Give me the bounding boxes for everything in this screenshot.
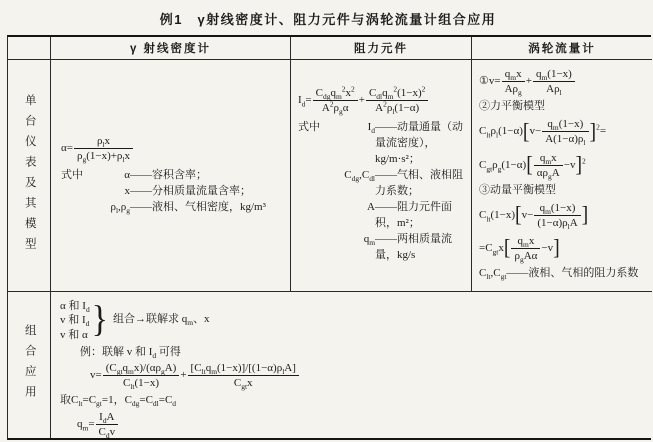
assumption-line: 取Clt=Cgt=1，Cdg=Cdl=Cd (60, 393, 648, 407)
momentum-balance-model-label: ③动量平衡模型 (479, 184, 650, 197)
combination-result: 组合→联解求 qm、x (113, 313, 210, 326)
grouping-brace: } (92, 304, 108, 338)
pair-alpha-Id: α 和 Id (60, 299, 90, 313)
definition: ——分相质量流量含率； (130, 184, 286, 200)
turbine-coefficients-definition: Clt,Cgt——液相、气相的阻力系数 (479, 267, 650, 280)
definition-row: A ——阻力元件面积，m²； (298, 200, 468, 232)
application-table: γ 射线密度计 阻力元件 涡轮流量计 单台仪表及其模型 α=ρlxρg(1−x)… (7, 35, 651, 440)
row-label-combined-application: 组合应用 (8, 292, 50, 438)
example-line: 例：联解 v 和 Id 可得 (80, 346, 648, 359)
scanned-page: 例1 γ射线密度计、阻力元件与涡轮流量计组合应用 γ 射线密度计 阻力元件 涡轮… (0, 0, 653, 442)
symbol: x (88, 184, 130, 200)
alpha-formula: α=ρlxρg(1−x)+ρlx (61, 135, 286, 162)
definition-row: x ——分相质量流量含率； (61, 184, 286, 200)
page-title: 例1 γ射线密度计、阻力元件与涡轮流量计组合应用 (5, 5, 651, 35)
header-corner-cell (8, 37, 50, 60)
definition-row: ρl,ρg ——液相、气相密度，kg/m³ (61, 200, 286, 216)
symbol: α (88, 168, 130, 184)
velocity-formula: ①v=qmxAρg+qm(1−x)Aρl (479, 68, 650, 95)
gamma-densitometer-cell: α=ρlxρg(1−x)+ρlx 式中 α ——容积含率； x ——分相质量流量… (50, 60, 290, 292)
force-balance-eq-right: Cgtρg(1−α)[qmxαρgA−v]2 (479, 152, 650, 179)
definition-row: qm ——两相质量流量，kg/s (298, 232, 468, 264)
symbol: A (325, 200, 375, 216)
symbol: Cdg,Cdl (325, 168, 375, 184)
pair-v-alpha: v 和 α (60, 328, 90, 342)
force-balance-eq-left: Cltρl(1−α)[v−qm(1−x)A(1−α)ρl]2= (479, 118, 650, 145)
header-gamma-densitometer: γ 射线密度计 (50, 37, 290, 60)
momentum-flux-formula: Id=Cdgqm2x2A2ρgα+Cdlqm2(1−x)2A2ρl(1−α) (298, 87, 468, 114)
mass-flow-formula: qm=IdACdv (77, 411, 648, 438)
combined-application-cell: α 和 Id v 和 Id v 和 α } 组合→联解求 qm、x 例：联解 v… (50, 292, 652, 438)
definition: ——动量通量（动量流密度），kg/m·s²； (375, 120, 468, 168)
symbol: qm (325, 232, 375, 248)
force-balance-model-label: ②力平衡模型 (479, 100, 650, 113)
definition-row: 式中 α ——容积含率； (61, 168, 286, 184)
where-label: 式中 (298, 120, 325, 136)
definition: ——气相、液相阻力系数； (375, 168, 468, 200)
definition: ——两相质量流量，kg/s (375, 232, 468, 264)
velocity-solution-formula: v=(Cgtqmx)/(αρgA)Clt(1−x)+[Cltqm(1−x)]/[… (90, 362, 648, 389)
momentum-balance-eq-left: Clt(1−x)[v−qm(1−x)(1−α)ρlA] (479, 202, 650, 229)
definition-row: Cdg,Cdl ——气相、液相阻力系数； (298, 168, 468, 200)
where-label: 式中 (61, 168, 88, 184)
resistance-element-cell: Id=Cdgqm2x2A2ρgα+Cdlqm2(1−x)2A2ρl(1−α) 式… (290, 60, 471, 292)
definition: ——液相、气相密度，kg/m³ (130, 200, 286, 216)
combination-pairs: α 和 Id v 和 Id v 和 α (60, 299, 90, 342)
definition: ——阻力元件面积，m²； (375, 200, 468, 232)
header-turbine-flowmeter: 涡轮流量计 (471, 37, 652, 60)
symbol: Id (325, 120, 375, 136)
turbine-flowmeter-cell: ①v=qmxAρg+qm(1−x)Aρl ②力平衡模型 Cltρl(1−α)[v… (471, 60, 652, 292)
momentum-balance-eq-right: =Cgtx[qmxρgAα−v] (479, 235, 650, 262)
pair-v-Id: v 和 Id (60, 313, 90, 327)
row-label-single-instruments: 单台仪表及其模型 (8, 60, 50, 292)
definition-row: 式中 Id ——动量通量（动量流密度），kg/m·s²； (298, 120, 468, 168)
symbol: ρl,ρg (88, 200, 130, 216)
definition: ——容积含率； (130, 168, 286, 184)
combination-group: α 和 Id v 和 Id v 和 α } 组合→联解求 qm、x (60, 299, 648, 342)
header-resistance-element: 阻力元件 (290, 37, 471, 60)
